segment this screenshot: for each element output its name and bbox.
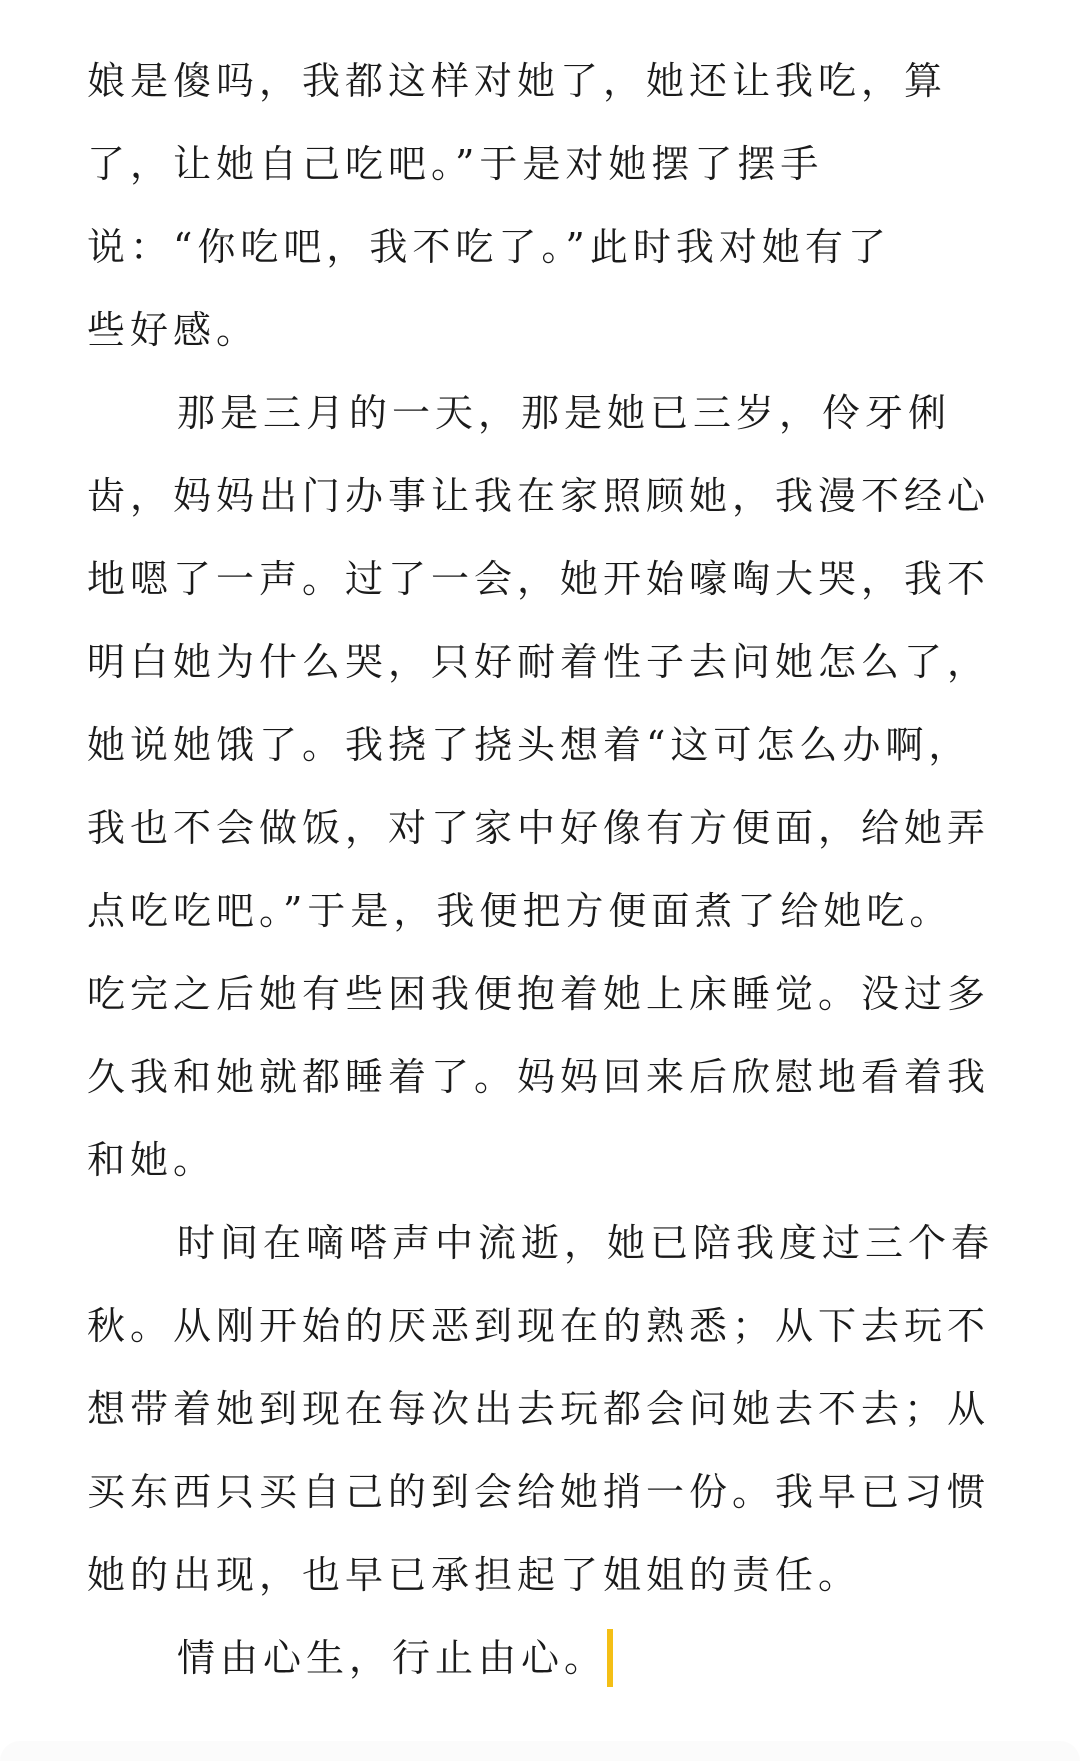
text-line: 说：“你吃吧，我不吃了。”此时我对她有了 [87, 206, 1080, 289]
text-line: 明白她为什么哭，只好耐着性子去问她怎么了， [87, 621, 1080, 704]
text-line: 娘是傻吗，我都这样对她了，她还让我吃，算 [87, 40, 1080, 123]
text-line: 吃完之后她有些困我便抱着她上床睡觉。没过多 [87, 953, 1080, 1036]
text-line: 我也不会做饭，对了家中好像有方便面，给她弄 [87, 787, 1080, 870]
paragraph[interactable]: 娘是傻吗，我都这样对她了，她还让我吃，算 了，让她自己吃吧。”于是对她摆了摆手 … [87, 40, 1080, 372]
paragraph[interactable]: 那是三月的一天，那是她已三岁，伶牙俐 齿，妈妈出门办事让我在家照顾她，我漫不经心… [87, 372, 1080, 1202]
text-line: 情由心生，行止由心。 [177, 1636, 607, 1680]
text-line: 时间在嘀嗒声中流逝，她已陪我度过三个春 [87, 1202, 1080, 1285]
text-line: 了，让她自己吃吧。”于是对她摆了摆手 [87, 123, 1080, 206]
text-line: 她说她饿了。我挠了挠头想着“这可怎么办啊， [87, 704, 1080, 787]
text-line: 点吃吃吧。”于是，我便把方便面煮了给她吃。 [87, 870, 1080, 953]
text-line: 那是三月的一天，那是她已三岁，伶牙俐 [87, 372, 1080, 455]
text-line-with-cursor: 情由心生，行止由心。 [87, 1617, 1080, 1700]
text-line: 齿，妈妈出门办事让我在家照顾她，我漫不经心 [87, 455, 1080, 538]
text-line: 她的出现，也早已承担起了姐姐的责任。 [87, 1534, 1080, 1617]
paragraph[interactable]: 情由心生，行止由心。 [87, 1617, 1080, 1700]
text-line: 久我和她就都睡着了。妈妈回来后欣慰地看着我 [87, 1036, 1080, 1119]
text-line: 秋。从刚开始的厌恶到现在的熟悉；从下去玩不 [87, 1285, 1080, 1368]
text-line: 买东西只买自己的到会给她捎一份。我早已习惯 [87, 1451, 1080, 1534]
text-line: 想带着她到现在每次出去玩都会问她去不去；从 [87, 1368, 1080, 1451]
document-editor[interactable]: 娘是傻吗，我都这样对她了，她还让我吃，算 了，让她自己吃吧。”于是对她摆了摆手 … [0, 0, 1080, 1761]
text-line: 地嗯了一声。过了一会，她开始嚎啕大哭，我不 [87, 538, 1080, 621]
bottom-edge [0, 1741, 1080, 1761]
text-line: 些好感。 [87, 289, 1080, 372]
paragraph[interactable]: 时间在嘀嗒声中流逝，她已陪我度过三个春 秋。从刚开始的厌恶到现在的熟悉；从下去玩… [87, 1202, 1080, 1617]
text-cursor [607, 1629, 613, 1687]
text-line: 和她。 [87, 1119, 1080, 1202]
